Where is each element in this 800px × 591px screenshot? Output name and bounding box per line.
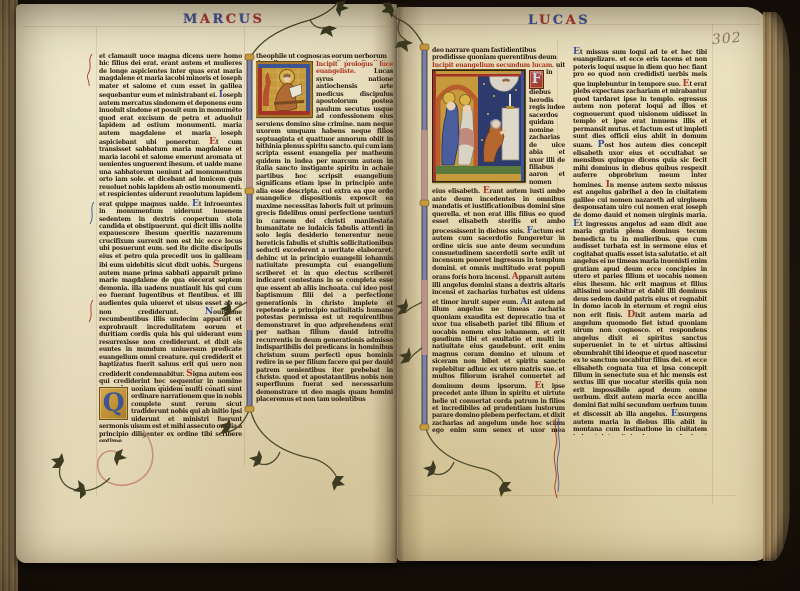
left-column-1-text: et clamauit uoce magna dicens uere homo … <box>99 53 242 386</box>
miniature-zacharias-altar <box>432 70 525 182</box>
running-title-letter: C <box>226 12 239 27</box>
paragraph-text: ouissime recumbentibus illis undecim app… <box>99 309 242 378</box>
right-column-1-leadline: deo narrare quam fastidientibus prodidis… <box>432 47 565 62</box>
paragraph-text: t ingressus angelus ad eam dixit aue mar… <box>573 221 707 319</box>
paragraph-text: t erat plebs expectans zachariam et mira… <box>573 81 707 150</box>
decorated-initial-q: Q <box>99 387 128 420</box>
right-column-2-text: Et missus sum loqui ad te et hec tibi eu… <box>573 47 707 435</box>
running-title-letter: R <box>212 12 225 27</box>
inline-initial: D <box>627 309 635 320</box>
inline-initial: E <box>192 198 199 209</box>
miniature-saint-luke <box>256 62 312 117</box>
paragraph-text: oseph autem mercatus sindonem et deponen… <box>99 92 242 146</box>
running-title-letter: S <box>253 12 265 27</box>
left-column-2-leadline: theophile ut cognoscas eorum uerborum de… <box>256 53 393 61</box>
running-title-letter: C <box>553 13 566 28</box>
paragraph-text: t introeuntes in monumentum uiderunt iuu… <box>99 201 242 270</box>
paragraph-text: urgens autem mane prima sabbati apparuit… <box>99 262 242 316</box>
inline-initial: A <box>512 271 519 282</box>
inline-initial: N <box>205 306 213 317</box>
running-title-letter: M <box>183 12 200 27</box>
rubric-incipit-evangelium: Incipit euangelium secundum lucam. <box>432 62 554 69</box>
left-column-2-text: Incipit prologus luce euangeliste. Lucas… <box>256 61 393 441</box>
inline-initial: E <box>671 408 678 419</box>
right-page-edge-stack <box>763 12 790 561</box>
running-title-letter: A <box>566 13 579 28</box>
running-title-right: LUCAS <box>528 13 590 28</box>
running-title-left: MARCUS <box>183 12 264 27</box>
running-title-letter: L <box>528 13 539 28</box>
inline-initial: E <box>483 185 490 196</box>
running-title-letter: U <box>539 13 553 28</box>
paragraph-text: ixit autem maria ad angelum quomodo fiet… <box>573 312 707 418</box>
left-column-1-initial-block: Quoniam quidem multi conati sunt ordinar… <box>99 386 242 442</box>
running-title-letter: U <box>239 12 253 27</box>
inline-initial: E <box>573 218 580 229</box>
manuscript-photo: MARCUS LUCAS 302 et clamauit uoce magna … <box>0 0 800 591</box>
right-column-1-text: Incipit euangelium secundum lucam. <box>432 62 565 434</box>
running-title-letter: S <box>578 13 590 28</box>
paragraph-text: t ipse precedet ante illum in spiritu et… <box>432 383 565 434</box>
gospel-paragraphs: Erant autem iusti ambo ante deum inceden… <box>432 188 565 434</box>
prologue-text: Lucas syrus natione antiochensis arte me… <box>256 68 393 403</box>
running-title-letter: A <box>200 12 213 27</box>
folio-number: 302 <box>711 30 742 49</box>
paragraph-text: it autem ad illum angelus ne timeas zach… <box>432 299 565 390</box>
paragraph-text: t cum transisset sabbatum maria magdalen… <box>99 139 242 208</box>
inline-initial: E <box>209 136 216 147</box>
decorated-initial-f: F <box>529 70 544 89</box>
